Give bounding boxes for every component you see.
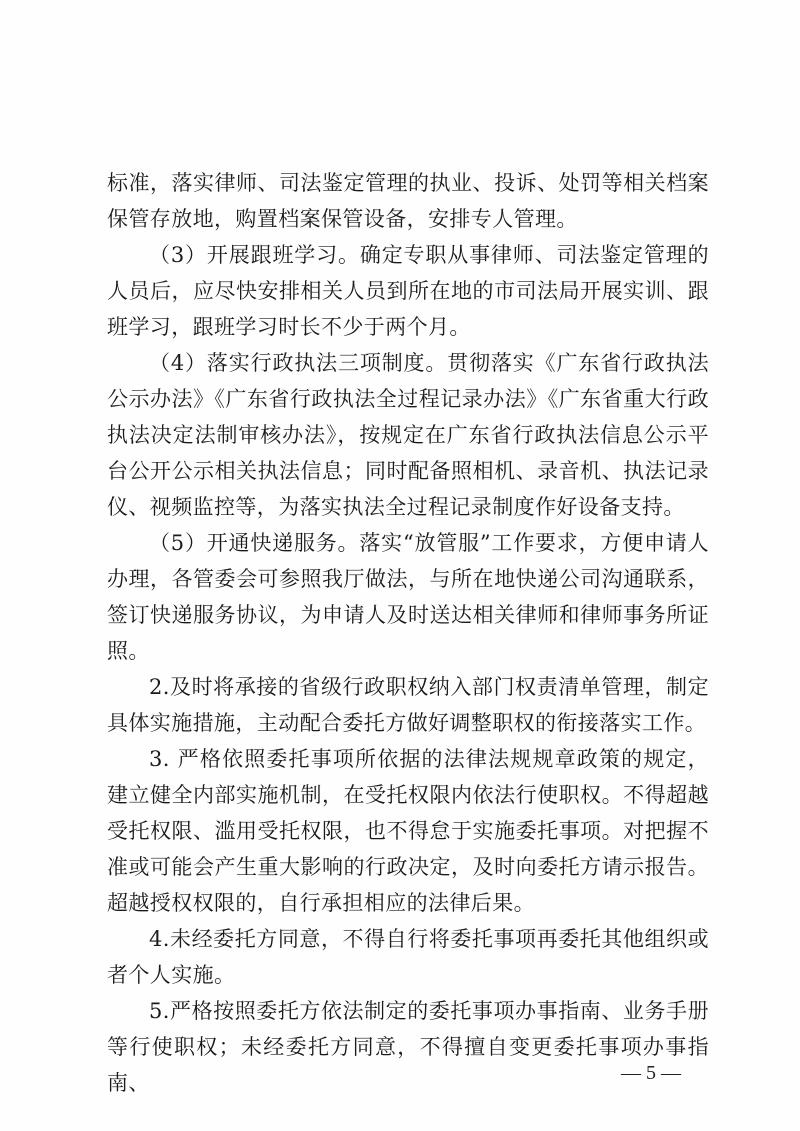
paragraph-continuation: 标准，落实律师、司法鉴定管理的执业、投诉、处罚等相关档案保管存放地，购置档案保管… [107,165,709,237]
paragraph-follow-study: （3）开展跟班学习。确定专职从事律师、司法鉴定管理的人员后，应尽快安排相关人员到… [107,237,709,345]
paragraph-express-service: （5）开通快递服务。落实“放管服”工作要求，方便申请人办理，各管委会可参照我厅做… [107,525,709,669]
paragraph-item-4: 4.未经委托方同意，不得自行将委托事项再委托其他组织或者个人实施。 [107,921,709,993]
paragraph-item-3: 3. 严格依照委托事项所依据的法律法规规章政策的规定，建立健全内部实施机制，在受… [107,741,709,921]
paragraph-item-2: 2.及时将承接的省级行政职权纳入部门权责清单管理，制定具体实施措施，主动配合委托… [107,669,709,741]
paragraph-enforcement-systems: （4）落实行政执法三项制度。贯彻落实《广东省行政执法公示办法》《广东省行政执法全… [107,345,709,525]
document-page: 标准，落实律师、司法鉴定管理的执业、投诉、处罚等相关档案保管存放地，购置档案保管… [0,0,800,1131]
page-number: — 5 — [596,1062,706,1085]
body-text: 标准，落实律师、司法鉴定管理的执业、投诉、处罚等相关档案保管存放地，购置档案保管… [107,165,709,1101]
